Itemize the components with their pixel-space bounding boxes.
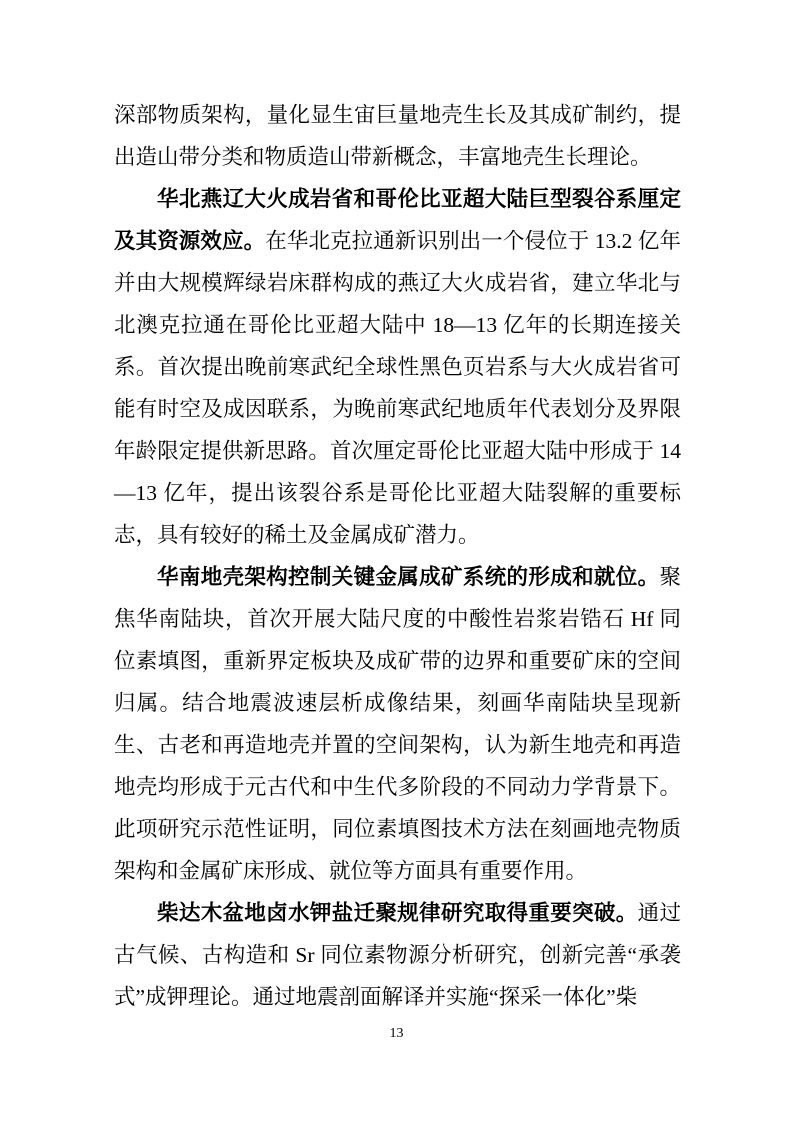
paragraph-text: 在华北克拉通新识别出一个侵位于 13.2 亿年并由大规模辉绿岩床群构成的燕辽大火… <box>114 229 681 547</box>
paragraph-text: 深部物质架构，量化显生宙巨量地壳生长及其成矿制约，提出造山带分类和物质造山带新概… <box>114 103 681 169</box>
document-page: 深部物质架构，量化显生宙巨量地壳生长及其成矿制约，提出造山带分类和物质造山带新概… <box>0 0 793 1122</box>
paragraph-north-china-lip: 华北燕辽大火成岩省和哥伦比亚超大陆巨型裂谷系厘定及其资源效应。在华北克拉通新识别… <box>114 178 681 556</box>
page-footer: 13 <box>0 1026 793 1042</box>
paragraph-continuation: 深部物质架构，量化显生宙巨量地壳生长及其成矿制约，提出造山带分类和物质造山带新概… <box>114 94 681 178</box>
paragraph-south-china-crust: 华南地壳架构控制关键金属成矿系统的形成和就位。聚焦华南陆块，首次开展大陆尺度的中… <box>114 556 681 892</box>
paragraph-lead-bold: 柴达木盆地卤水钾盐迁聚规律研究取得重要突破。 <box>157 901 638 925</box>
page-body: 深部物质架构，量化显生宙巨量地壳生长及其成矿制约，提出造山带分类和物质造山带新概… <box>114 94 681 1018</box>
paragraph-text: 聚焦华南陆块，首次开展大陆尺度的中酸性岩浆岩锆石 Hf 同位素填图，重新界定板块… <box>114 565 681 883</box>
page-number: 13 <box>390 1026 404 1041</box>
paragraph-qaidam-basin: 柴达木盆地卤水钾盐迁聚规律研究取得重要突破。通过古气候、古构造和 Sr 同位素物… <box>114 892 681 1018</box>
paragraph-lead-bold: 华南地壳架构控制关键金属成矿系统的形成和就位。 <box>157 565 659 589</box>
